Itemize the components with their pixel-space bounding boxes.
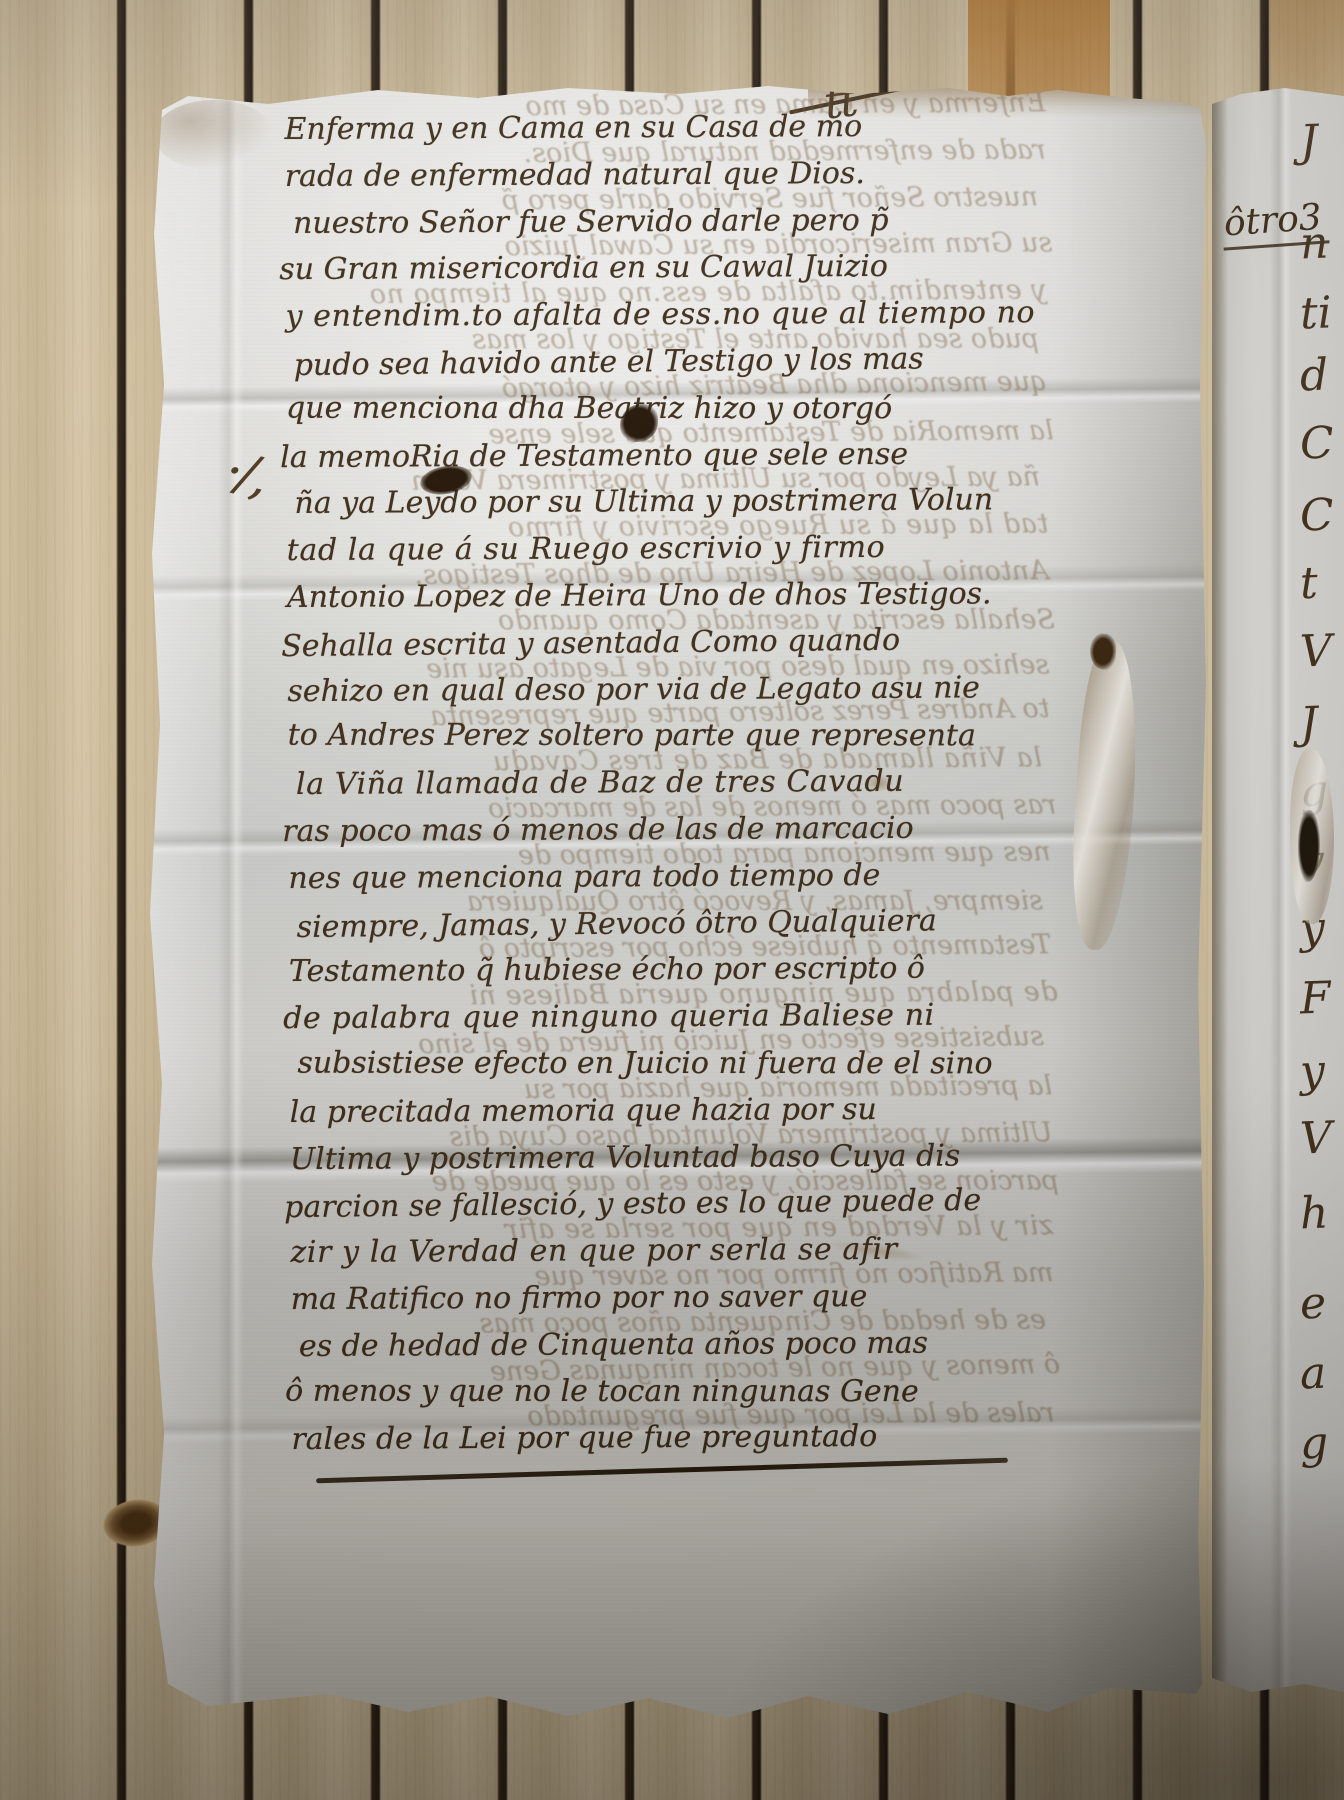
text-line: ras poco mas ó menos de las de marcacio (282, 810, 1068, 861)
text-line: ña ya Leydo por su Ultima y postrimera V… (294, 482, 1066, 533)
adjacent-page: ôtro3 JntidCCtVJgvyFyVheag (1212, 88, 1344, 1692)
paper-tear-main-page (1065, 638, 1144, 951)
text-line: ô menos y que no le tocan ningunas Gene (285, 1373, 1071, 1420)
edge-letter-fragment: J (1299, 698, 1318, 750)
edge-letter-fragment: d (1299, 350, 1329, 402)
text-line: Antonio Lopez de Heira Uno de dhos Testi… (287, 576, 1067, 627)
text-line: Sehalla escrita y asentada Como quando (281, 621, 1067, 676)
text-line: nes que menciona para todo tiempo de (288, 857, 1068, 908)
text-line: de palabra que ninguno queria Baliese ni (283, 997, 1069, 1048)
text-line: la Viña llamada de Baz de tres Cavadu (296, 763, 1068, 814)
text-line: sehizo en qual deso por via de Legato as… (287, 670, 1067, 721)
text-line: Enferma y en Cama en su Casa de mo (284, 108, 1064, 159)
text-line: siempre, Jamas, y Revocó ôtro Qualquiera (297, 901, 1069, 956)
text-line: tad la que á su Ruego escrivio y firmo (287, 529, 1067, 580)
manuscript-photo: ôtro3 JntidCCtVJgvyFyVheag tt ·/, Enferm… (0, 0, 1344, 1800)
edge-letter-fragment: g (1299, 1418, 1329, 1470)
document-page: tt ·/, Enferma y en Cama en su Casa de m… (148, 84, 1210, 1732)
corner-stain (154, 100, 274, 170)
edge-letter-fragment: V (1299, 625, 1333, 677)
adjacent-page-crease (1270, 88, 1292, 1692)
edge-letter-fragment: y (1299, 1046, 1326, 1098)
edge-letter-fragment: ti (1299, 287, 1333, 339)
text-line: zir y la Verdad en que por serla se afir (290, 1231, 1070, 1282)
text-line: to Andres Perez soltero parte que repres… (288, 718, 1068, 765)
text-line: Testamento q̃ hubiese écho por escripto … (289, 950, 1069, 1001)
text-line: pudo sea havido ante el Testigo y los ma… (294, 340, 1066, 395)
text-line: la precitada memoria que hazia por su (290, 1091, 1070, 1142)
text-line: Ultima y postrimera Voluntad baso Cuya d… (290, 1137, 1070, 1188)
edge-letter-fragment: J (1299, 116, 1318, 168)
text-line: su Gran misericordia en su Cawal Juizio (279, 248, 1065, 299)
text-line: parcion se fallesció, y esto es lo que p… (284, 1182, 1070, 1237)
fold-crease-vertical (218, 84, 244, 1732)
text-line: ma Ratifico no firmo por no saver que (291, 1278, 1071, 1329)
edge-letter-fragment: C (1299, 417, 1334, 469)
text-line: es de hedad de Cinquenta años poco mas (299, 1325, 1071, 1376)
text-line: rada de enfermedad natural que Dios. (285, 155, 1065, 206)
edge-letter-fragment: F (1299, 972, 1331, 1024)
text-line: nuestro Señor fue Servido darle pero p̃ (293, 202, 1065, 253)
edge-letter-fragment: a (1299, 1348, 1327, 1400)
edge-letter-fragment: h (1299, 1188, 1329, 1240)
edge-letter-fragment: e (1299, 1278, 1327, 1330)
text-line: que menciona dha Beatriz hizo y otorgó (286, 390, 1066, 437)
edge-letter-fragment: t (1299, 558, 1318, 610)
edge-letter-fragment: V (1299, 1112, 1333, 1164)
text-line: subsistiese efecto en Juicio ni fuera de… (297, 1046, 1069, 1093)
text-line: y entendim.to afalta de ess.no que al ti… (285, 295, 1065, 346)
edge-letter-fragment: n (1299, 218, 1329, 270)
edge-letter-fragment: C (1299, 489, 1334, 541)
manuscript-text: Enferma y en Cama en su Casa de morada d… (284, 108, 1071, 1469)
text-line: la memoRia de Testamento que sele ense (280, 436, 1066, 487)
